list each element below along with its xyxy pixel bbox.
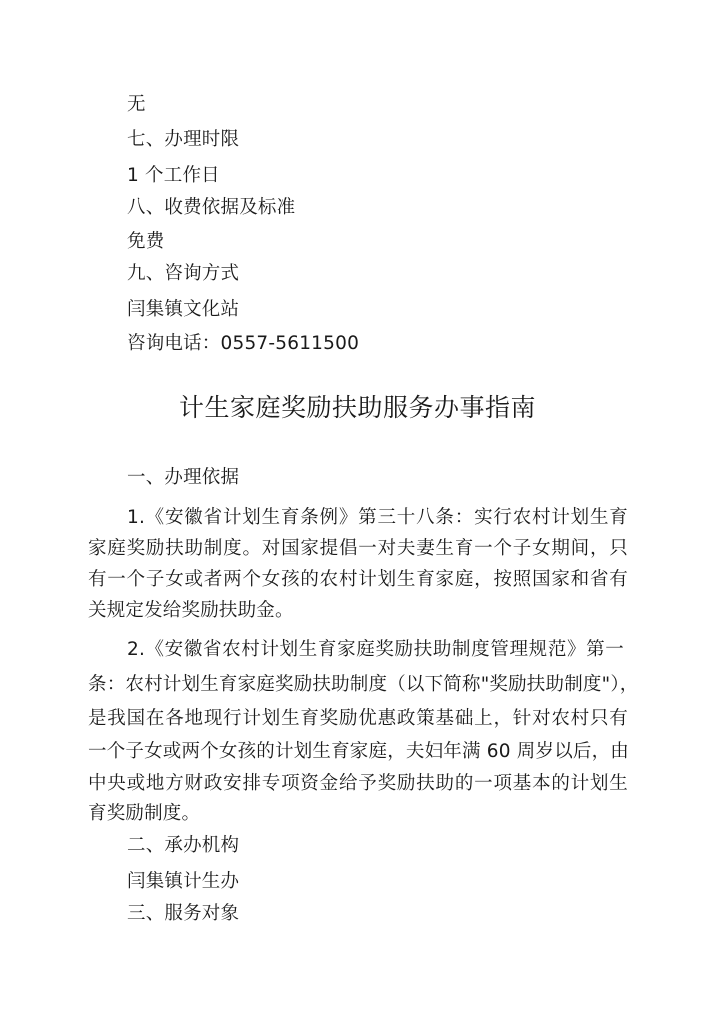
basis-1-line-3: 有一个子女或者两个女孩的农村计划生育家庭，按照国家和省有 xyxy=(88,568,628,592)
section-heading-consultation: 九、咨询方式 xyxy=(127,262,239,286)
consultation-org: 闫集镇文化站 xyxy=(127,298,239,322)
basis-2-line-4: 一个子女或两个女孩的计划生育家庭，夫妇年满 60 周岁以后，由 xyxy=(88,740,628,764)
section-heading-fees: 八、收费依据及标准 xyxy=(127,196,295,220)
section-heading-time-limit: 七、办理时限 xyxy=(127,128,239,152)
guide-title: 计生家庭奖励扶助服务办事指南 xyxy=(0,392,715,424)
section-heading-service-target: 三、服务对象 xyxy=(127,902,239,926)
basis-2-line-3: 是我国在各地现行计划生育奖励优惠政策基础上，针对农村只有 xyxy=(88,707,628,731)
basis-1-line-2: 家庭奖励扶助制度。对国家提倡一对夫妻生育一个子女期间，只 xyxy=(88,537,628,561)
fees-value: 免费 xyxy=(127,230,164,254)
section-heading-agency: 二、承办机构 xyxy=(127,834,239,858)
basis-2-line-2: 条：农村计划生育家庭奖励扶助制度（以下简称"奖励扶助制度"）， xyxy=(88,673,628,697)
consultation-phone: 咨询电话：0557-5611500 xyxy=(127,332,359,356)
materials-value: 无 xyxy=(127,93,146,117)
section-heading-basis: 一、办理依据 xyxy=(127,466,239,490)
basis-1-line-4: 关规定发给奖励扶助金。 xyxy=(88,599,294,623)
document-page: 无 七、办理时限 1 个工作日 八、收费依据及标准 免费 九、咨询方式 闫集镇文… xyxy=(0,0,715,1011)
agency-value: 闫集镇计生办 xyxy=(127,870,239,894)
basis-2-line-5: 中央或地方财政安排专项资金给予奖励扶助的一项基本的计划生 xyxy=(88,772,628,796)
basis-2-line-1: 2.《安徽省农村计划生育家庭奖励扶助制度管理规范》第一 xyxy=(127,638,624,662)
basis-2-line-6: 育奖励制度。 xyxy=(88,802,200,826)
time-limit-value: 1 个工作日 xyxy=(127,164,220,188)
basis-1-line-1: 1.《安徽省计划生育条例》第三十八条：实行农村计划生育 xyxy=(127,506,628,530)
